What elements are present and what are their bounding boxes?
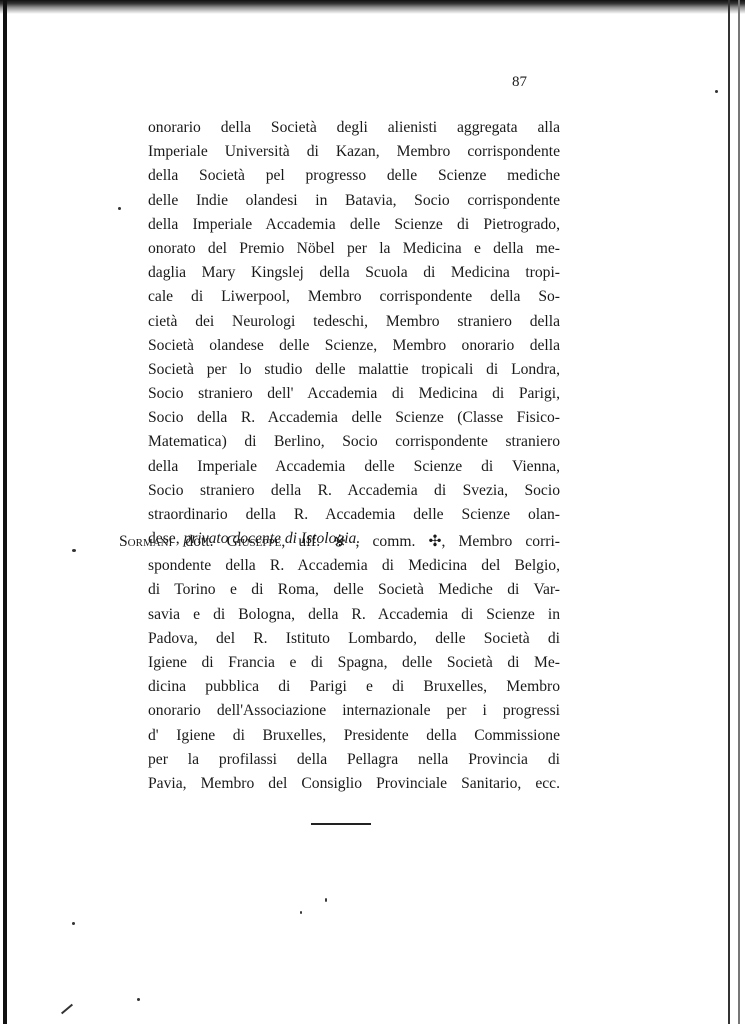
title-abbrev: dott. [172,533,226,550]
pen-mark [61,1004,73,1015]
text-line: dicina pubblica di Parigi e di Bruxelles… [148,675,560,699]
text-line: straordinario della R. Accademia delle S… [148,503,560,527]
honors-text: , uff. ※, comm. ✣, Membro corri- [281,533,560,550]
text-line: Igiene di Francia e di Spagna, delle Soc… [148,651,560,675]
scanned-page-left-edge [3,0,7,1024]
entry-sormani-paragraph: Sormani dott. Giuseppe, uff. ※, comm. ✣,… [119,530,560,796]
entry-heading-line: Sormani dott. Giuseppe, uff. ※, comm. ✣,… [119,530,560,554]
text-line: della Società pel progresso delle Scienz… [148,164,560,188]
section-divider-rule [311,823,371,825]
scan-speck [72,922,75,925]
entry-continuation-paragraph: onorario della Società degli alienisti a… [148,116,560,551]
text-line-last: Pavia, Membro del Consiglio Provinciale … [148,772,560,796]
scan-speck [72,549,76,552]
text-line: Matematica) di Berlino, Socio corrispond… [148,430,560,454]
text-line: onorato del Premio Nöbel per la Medicina… [148,237,560,261]
text-line: Padova, del R. Istituto Lombardo, delle … [148,627,560,651]
scan-speck [715,90,718,93]
text-line: Società per lo studio delle malattie tro… [148,358,560,382]
text-line: Socio della R. Accademia delle Scienze (… [148,406,560,430]
scanned-page-right-edge-outer [738,0,740,1024]
text-line: Imperiale Università di Kazan, Membro co… [148,140,560,164]
text-line: onorario della Società degli alienisti a… [148,116,560,140]
text-line: delle Indie olandesi in Batavia, Socio c… [148,189,560,213]
text-line: Socio straniero della R. Accademia di Sv… [148,479,560,503]
given-name: Giuseppe [227,533,282,550]
page-number: 87 [512,74,527,91]
text-line: di Torino e di Roma, delle Società Medic… [148,578,560,602]
scanned-page-top-edge [0,0,745,14]
text-line: d' Igiene di Bruxelles, Presidente della… [148,724,560,748]
text-line: spondente della R. Accademia di Medicina… [148,554,560,578]
text-line: onorario dell'Associazione internazional… [148,699,560,723]
scan-speck [300,911,302,914]
scanned-page-right-edge [728,0,730,1024]
scan-speck [325,898,327,902]
text-line: della Imperiale Accademia delle Scienze … [148,455,560,479]
scan-speck [137,998,140,1001]
text-line: savia e di Bologna, della R. Accademia d… [148,603,560,627]
text-line: cietà dei Neurologi tedeschi, Membro str… [148,310,560,334]
text-line: della Imperiale Accademia delle Scienze … [148,213,560,237]
text-line: daglia Mary Kingslej della Scuola di Med… [148,261,560,285]
surname: Sormani [119,533,172,550]
text-line: per la profilassi della Pellagra nella P… [148,748,560,772]
text-line: Socio straniero dell' Accademia di Medic… [148,382,560,406]
text-line: cale di Liwerpool, Membro corrispondente… [148,285,560,309]
text-line: Società olandese delle Scienze, Membro o… [148,334,560,358]
scan-speck [118,207,121,210]
